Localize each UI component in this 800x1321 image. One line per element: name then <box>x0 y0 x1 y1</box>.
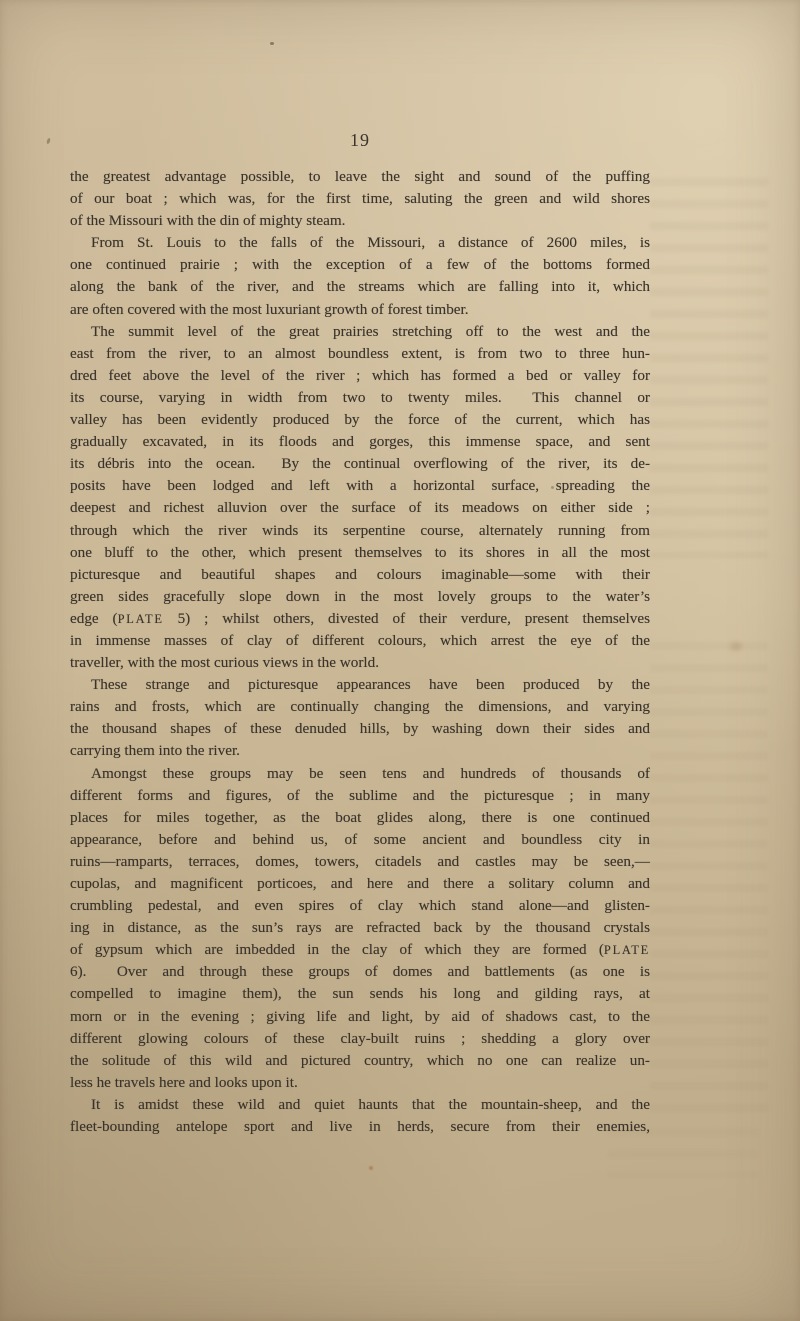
text-line: valley has been evidently produced by th… <box>70 409 650 431</box>
text-line: through which the river winds its serpen… <box>70 520 650 542</box>
text-line: in immense masses of clay of different c… <box>70 630 650 652</box>
text-line: its débris into the ocean. By the contin… <box>70 453 650 475</box>
paper-speck <box>46 138 51 145</box>
text-line: its course, varying in width from two to… <box>70 387 650 409</box>
text-line: of gypsum which are imbedded in the clay… <box>70 939 650 961</box>
text-line: of our boat ; which was, for the first t… <box>70 188 650 210</box>
paragraph: the greatest advantage possible, to leav… <box>70 166 650 232</box>
text-line: of the Missouri with the din of mighty s… <box>70 210 650 232</box>
text-line: cupolas, and magnificent porticoes, and … <box>70 873 650 895</box>
text-line: carrying them into the river. <box>70 740 650 762</box>
text-line: places for miles together, as the boat g… <box>70 807 650 829</box>
text-line: east from the river, to an almost boundl… <box>70 343 650 365</box>
text-line: less he travels here and looks upon it. <box>70 1072 650 1094</box>
plate-reference: PLATE <box>604 943 650 957</box>
text-line: different glowing colours of these clay-… <box>70 1028 650 1050</box>
text-line: traveller, with the most curious views i… <box>70 652 650 674</box>
paragraph: Amongst these groups may be seen tens an… <box>70 763 650 1094</box>
text-line: one bluff to the other, which present th… <box>70 542 650 564</box>
page-number: 19 <box>70 130 650 151</box>
text-line: gradually excavated, in its floods and g… <box>70 431 650 453</box>
page-text: the greatest advantage possible, to leav… <box>70 166 650 1138</box>
paper-speck <box>270 42 274 45</box>
text-line: The summit level of the great prairies s… <box>70 321 650 343</box>
text-line: appearance, before and behind us, of som… <box>70 829 650 851</box>
text-line: Amongst these groups may be seen tens an… <box>70 763 650 785</box>
text-line: ruins—ramparts, terraces, domes, towers,… <box>70 851 650 873</box>
text-line: picturesque and beautiful shapes and col… <box>70 564 650 586</box>
text-line: green sides gracefully slope down in the… <box>70 586 650 608</box>
text-line: deepest and richest alluvion over the su… <box>70 497 650 519</box>
text-line: different forms and figures, of the subl… <box>70 785 650 807</box>
text-line: along the bank of the river, and the str… <box>70 276 650 298</box>
text-line: dred feet above the level of the river ;… <box>70 365 650 387</box>
text-line: compelled to imagine them), the sun send… <box>70 983 650 1005</box>
plate-reference: PLATE <box>118 612 164 626</box>
ink-bleed-through <box>650 642 768 1112</box>
text-line: edge (PLATE 5) ; whilst others, divested… <box>70 608 650 630</box>
book-page: 19 the greatest advantage possible, to l… <box>0 0 800 1321</box>
text-line: ing in distance, as the sun’s rays are r… <box>70 917 650 939</box>
paper-speck <box>369 1166 373 1170</box>
paragraph: From St. Louis to the falls of the Misso… <box>70 232 650 320</box>
paragraph: The summit level of the great prairies s… <box>70 321 650 675</box>
text-line: morn or in the evening ; giving life and… <box>70 1006 650 1028</box>
paper-stain <box>730 642 742 651</box>
text-line: It is amidst these wild and quiet haunts… <box>70 1094 650 1116</box>
paragraph: These strange and picturesque appearance… <box>70 674 650 762</box>
text-line: posits have been lodged and left with a … <box>70 475 650 497</box>
text-line: the solitude of this wild and pictured c… <box>70 1050 650 1072</box>
text-line: the greatest advantage possible, to leav… <box>70 166 650 188</box>
paragraph: It is amidst these wild and quiet haunts… <box>70 1094 650 1138</box>
text-line: fleet-bounding antelope sport and live i… <box>70 1116 650 1138</box>
text-line: are often covered with the most luxurian… <box>70 299 650 321</box>
text-line: the thousand shapes of these denuded hil… <box>70 718 650 740</box>
text-line: These strange and picturesque appearance… <box>70 674 650 696</box>
text-line: one continued prairie ; with the excepti… <box>70 254 650 276</box>
text-line: 6). Over and through these groups of dom… <box>70 961 650 983</box>
text-line: From St. Louis to the falls of the Misso… <box>70 232 650 254</box>
text-line: rains and frosts, which are continually … <box>70 696 650 718</box>
text-line: crumbling pedestal, and even spires of c… <box>70 895 650 917</box>
ink-bleed-through <box>650 178 768 558</box>
